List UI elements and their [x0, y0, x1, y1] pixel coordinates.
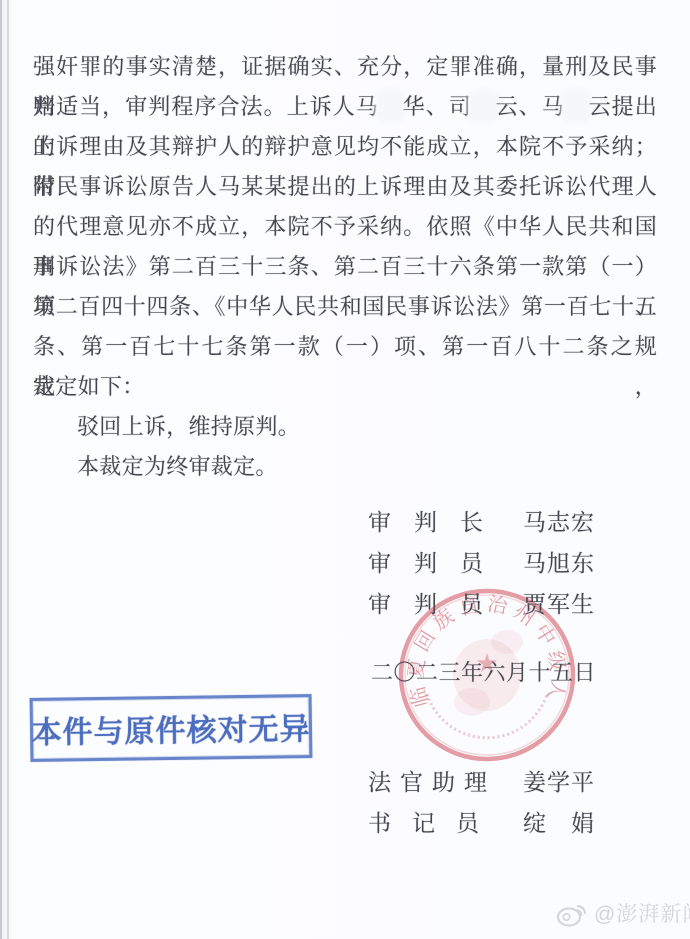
- weibo-icon: [556, 898, 590, 928]
- redaction-blur: [565, 93, 588, 119]
- signature-role: 审判长: [368, 510, 506, 535]
- signature-name: 姜学平: [523, 762, 595, 803]
- news-watermark: @澎湃新闻: [556, 898, 690, 928]
- seal-ink-blotch: [454, 688, 490, 716]
- ruling-result-line: 驳回上诉，维持原判。: [33, 407, 657, 447]
- signature-row: 书记员 绽 娟: [368, 803, 500, 844]
- signature-row: 审判员 贾军生: [368, 584, 506, 625]
- clerk-block: 法官助理 姜学平 书记员 绽 娟: [368, 762, 500, 844]
- signature-name: 马志宏: [523, 502, 595, 543]
- signature-role: 审判员: [368, 551, 506, 576]
- signature-block: 审判长 马志宏 审判员 马旭东 审判员 贾军生: [368, 502, 506, 625]
- body-line: 条、第一百七十七条第一款（一）项、第一百八十二条之规定，: [33, 327, 657, 367]
- verification-stamp-text: 本件与原件核对无异: [31, 704, 311, 752]
- body-line: 事诉讼法》第二百三十三条、第二百三十六条第一款第（一）项、: [33, 247, 657, 287]
- body-line-segment: 华、司: [402, 94, 472, 119]
- page-left-edge: [0, 0, 2, 939]
- body-line: 强奸罪的事实清楚，证据确实、充分，定罪准确，量刑及民事判: [33, 47, 657, 87]
- redaction-blur: [379, 93, 402, 119]
- redaction-blur: [472, 93, 495, 119]
- document-page: 临夏回族自治州中级人民法院 ★ 强奸罪的事实清楚，证据确实、充分，定罪准确，量刑…: [0, 0, 690, 939]
- body-line-redacted: 赔适当，审判程序合法。上诉人马华、司云、马云提出的: [33, 87, 657, 127]
- verification-stamp: 本件与原件核对无异: [30, 694, 313, 762]
- ruling-date: 二〇二三年六月十五日: [371, 659, 596, 687]
- signature-role: 法官助理: [368, 770, 496, 795]
- body-line: 第二百四十四条、《中华人民共和国民事诉讼法》第一百七十五: [33, 287, 657, 327]
- signature-row: 法官助理 姜学平: [368, 762, 500, 803]
- body-line-segment: 云、马: [495, 94, 565, 119]
- signature-name: 贾军生: [523, 584, 595, 625]
- signature-row: 审判员 马旭东: [368, 543, 506, 584]
- body-line: 带民事诉讼原告人马某某提出的上诉理由及其委托诉讼代理人: [33, 167, 657, 207]
- signature-name: 绽 娟: [523, 803, 595, 844]
- signature-row: 审判长 马志宏: [368, 502, 506, 543]
- signature-name: 马旭东: [523, 543, 595, 584]
- ruling-body: 强奸罪的事实清楚，证据确实、充分，定罪准确，量刑及民事判 赔适当，审判程序合法。…: [33, 47, 657, 487]
- final-ruling-note: 本裁定为终审裁定。: [33, 447, 657, 487]
- signature-role: 书记员: [368, 811, 500, 836]
- body-line: 上诉理由及其辩护人的辩护意见均不能成立，本院不予采纳；附: [33, 127, 657, 167]
- body-line: 的代理意见亦不成立，本院不予采纳。依照《中华人民共和国刑: [33, 207, 657, 247]
- body-line-segment: 赔适当，审判程序合法。上诉人马: [33, 94, 379, 119]
- scan-fold-line: [7, 0, 9, 939]
- signature-role: 审判员: [368, 592, 506, 617]
- watermark-text: @澎湃新闻: [594, 898, 690, 928]
